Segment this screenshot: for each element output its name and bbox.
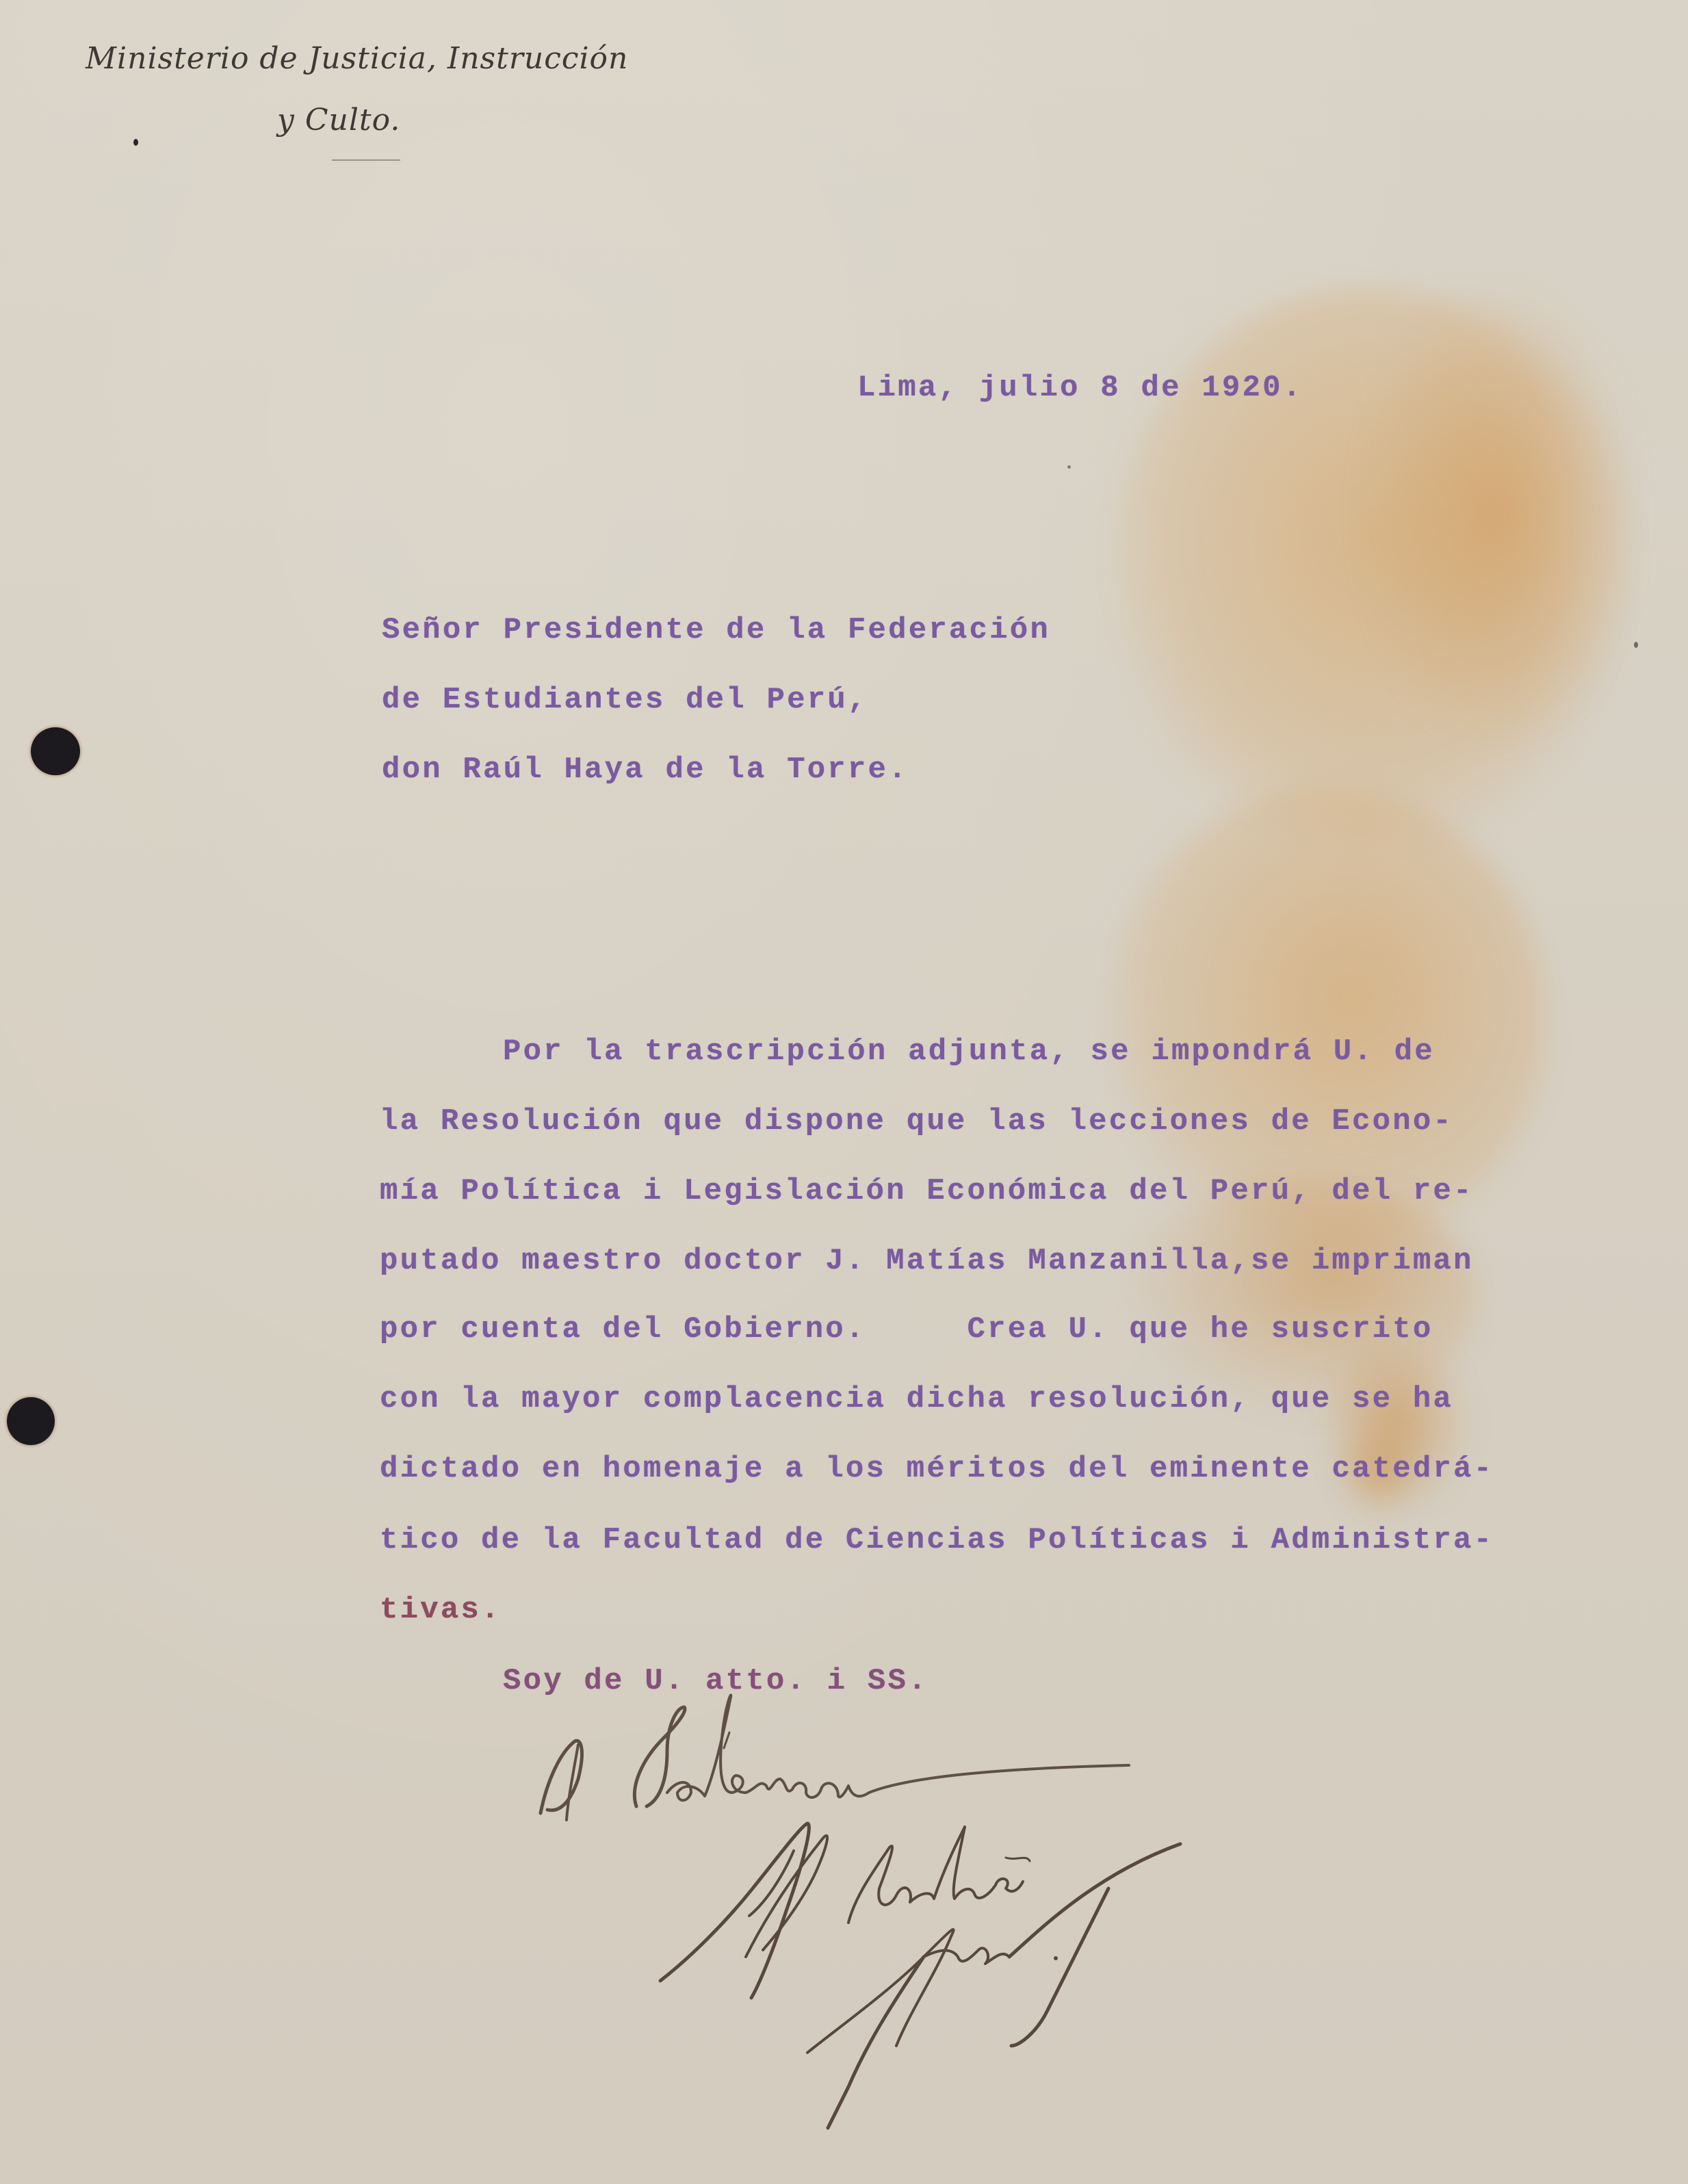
body-line: putado maestro doctor J. Matías Manzanil…: [380, 1244, 1474, 1278]
body-line: tivas.: [380, 1593, 502, 1627]
letterhead-rule: [332, 159, 400, 161]
signature-first-label: A. Salomón: [547, 1752, 587, 1759]
letterhead-culto: y Culto.: [277, 103, 400, 138]
letterhead-ministry: Ministerio de Justicia, Instrucción: [86, 41, 628, 76]
body-line: por cuenta del Gobierno. Crea U. que he …: [380, 1312, 1433, 1347]
date-line: Lima, julio 8 de 1920.: [857, 371, 1303, 405]
punch-hole-bottom: [7, 1397, 55, 1445]
addressee-line-1: Señor Presidente de la Federación: [382, 613, 1050, 647]
signature-second-label: A. Archimbaud Rosas (illegible): [684, 1916, 794, 1923]
addressee-line-3: don Raúl Haya de la Torre.: [382, 753, 909, 787]
body-line: tico de la Facultad de Ciencias Política…: [380, 1523, 1494, 1557]
closing-line: Soy de U. atto. i SS.: [503, 1664, 929, 1698]
ink-speck: [1634, 642, 1638, 648]
paper-background: [0, 0, 1688, 2184]
body-line: mía Política i Legislación Económica del…: [380, 1174, 1474, 1208]
body-line: la Resolución que dispone que las leccio…: [380, 1104, 1453, 1139]
body-line: Por la trascripción adjunta, se impondrá…: [503, 1035, 1435, 1069]
ink-speck: [1067, 465, 1071, 469]
punch-hole-top: [31, 727, 80, 775]
body-line: dictado en homenaje a los méritos del em…: [380, 1452, 1494, 1486]
ink-speck: [133, 139, 138, 146]
body-line: con la mayor complacencia dicha resoluci…: [380, 1382, 1453, 1416]
addressee-line-2: de Estudiantes del Perú,: [382, 683, 868, 717]
